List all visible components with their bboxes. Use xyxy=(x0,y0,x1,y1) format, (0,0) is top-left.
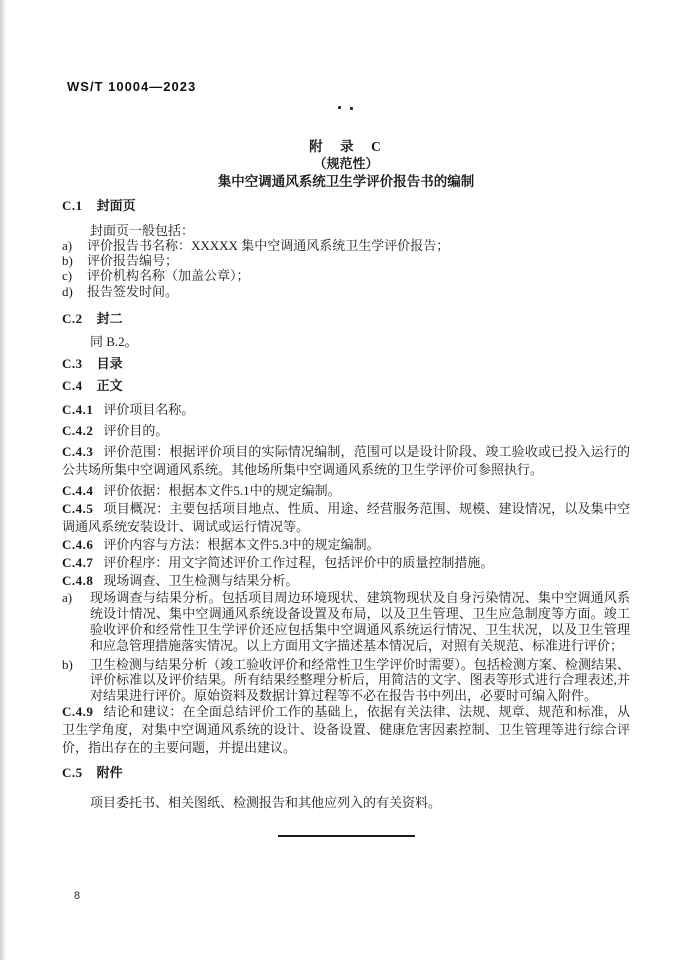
list-item: d) 报告签发时间。 xyxy=(62,284,630,299)
clause-c4-9: C.4.9结论和建议：在全面总结评价工作的基础上，依据有关法律、法规、规章、规范… xyxy=(62,703,630,757)
page-scan-edge xyxy=(0,0,6,960)
list-item: b) 评价报告编号； xyxy=(62,253,630,268)
clause-c4-4: C.4.4评价依据：根据本文件5.1中的规定编制。 xyxy=(62,482,630,500)
list-marker: c) xyxy=(62,268,87,283)
section-number: C.5 xyxy=(62,765,83,780)
list-item: a) 现场调查与结果分析。包括项目周边环境现状、建筑物现状及自身污染情况、集中空… xyxy=(62,590,630,654)
list-text: 卫生检测与结果分析（竣工验收评价和经常性卫生学评价时需要）。包括检测方案、检测结… xyxy=(90,657,630,703)
clause-text: 现场调查、卫生检测与结果分析。 xyxy=(103,573,298,588)
clause-c4-6: C.4.6评价内容与方法：根据本文件5.3中的规定编制。 xyxy=(62,536,630,554)
clause-c4-8: C.4.8现场调查、卫生检测与结果分析。 xyxy=(62,572,630,590)
list-marker: a) xyxy=(62,590,90,654)
clause-text: 评价目的。 xyxy=(103,423,168,438)
section-title: 封二 xyxy=(97,311,123,326)
c2-body: 同 B.2。 xyxy=(90,334,630,349)
list-item: c) 评价机构名称（加盖公章）； xyxy=(62,268,630,283)
clause-number: C.4.6 xyxy=(62,537,93,552)
clause-number: C.4.2 xyxy=(62,423,93,438)
c4-8-item-list: a) 现场调查与结果分析。包括项目周边环境现状、建筑物现状及自身污染情况、集中空… xyxy=(62,590,630,703)
list-text: 评价报告编号； xyxy=(87,253,178,268)
clause-c4-1: C.4.1评价项目名称。 xyxy=(62,401,630,419)
scan-artifact-dot xyxy=(350,107,353,110)
list-marker: b) xyxy=(62,253,87,268)
clause-text: 项目概况：主要包括项目地点、性质、用途、经营服务范围、规模、建设情况，以及集中空… xyxy=(62,501,630,534)
list-marker: d) xyxy=(62,284,87,299)
clause-text: 评价内容与方法：根据本文件5.3中的规定编制。 xyxy=(103,537,379,552)
page-number: 8 xyxy=(74,890,80,902)
section-number: C.2 xyxy=(62,311,83,326)
list-text: 评价机构名称（加盖公章）； xyxy=(87,268,250,283)
document-page: WS/T 10004—2023 附 录 C （规范性） 集中空调通风系统卫生学评… xyxy=(0,0,692,960)
section-title: 封面页 xyxy=(97,198,136,213)
clause-text: 评价程序：用文字简述评价工作过程，包括评价中的质量控制措施。 xyxy=(103,555,493,570)
clause-text: 结论和建议：在全面总结评价工作的基础上，依据有关法律、法规、规章、规范和标准，从… xyxy=(62,704,630,755)
appendix-title: 附 录 C xyxy=(62,138,630,155)
clause-number: C.4.1 xyxy=(62,402,93,417)
section-heading-c1: C.1封面页 xyxy=(62,198,630,214)
section-number: C.1 xyxy=(62,198,83,213)
clause-number: C.4.5 xyxy=(62,501,93,516)
clause-text: 评价范围：根据评价项目的实际情况编制，范围可以是设计阶段、竣工验收或已投入运行的… xyxy=(62,444,630,477)
clause-number: C.4.7 xyxy=(62,555,93,570)
section-title: 目录 xyxy=(97,356,123,371)
document-body: C.1封面页 封面页一般包括： a) 评价报告书名称：XXXXX 集中空调通风系… xyxy=(62,198,630,837)
appendix-title-block: 附 录 C （规范性） 集中空调通风系统卫生学评价报告书的编制 xyxy=(62,138,630,190)
c5-body: 项目委托书、相关图纸、检测报告和其他应列入的有关资料。 xyxy=(90,795,630,810)
section-heading-c3: C.3目录 xyxy=(62,356,630,372)
clause-text: 评价依据：根据本文件5.1中的规定编制。 xyxy=(103,483,340,498)
clause-text: 评价项目名称。 xyxy=(103,402,194,417)
section-title: 附件 xyxy=(97,765,123,780)
end-of-document-rule xyxy=(278,835,415,837)
clause-c4-5: C.4.5项目概况：主要包括项目地点、性质、用途、经营服务范围、规模、建设情况，… xyxy=(62,500,630,536)
list-text: 报告签发时间。 xyxy=(87,284,178,299)
clause-number: C.4.3 xyxy=(62,444,93,459)
section-number: C.4 xyxy=(62,378,83,393)
section-number: C.3 xyxy=(62,356,83,371)
clause-c4-2: C.4.2评价目的。 xyxy=(62,422,630,440)
clause-number: C.4.4 xyxy=(62,483,93,498)
section-heading-c5: C.5附件 xyxy=(62,765,630,781)
section-heading-c4: C.4正文 xyxy=(62,378,630,394)
standard-number-header: WS/T 10004—2023 xyxy=(67,79,196,94)
clause-c4-3: C.4.3评价范围：根据评价项目的实际情况编制，范围可以是设计阶段、竣工验收或已… xyxy=(62,443,630,479)
list-item: a) 评价报告书名称：XXXXX 集中空调通风系统卫生学评价报告； xyxy=(62,238,630,253)
list-text: 现场调查与结果分析。包括项目周边环境现状、建筑物现状及自身污染情况、集中空调通风… xyxy=(90,590,630,654)
clause-number: C.4.8 xyxy=(62,573,93,588)
appendix-normative-label: （规范性） xyxy=(62,155,630,172)
section-title: 正文 xyxy=(97,378,123,393)
section-heading-c2: C.2封二 xyxy=(62,311,630,327)
list-text: 评价报告书名称：XXXXX 集中空调通风系统卫生学评价报告； xyxy=(87,238,449,253)
appendix-subtitle: 集中空调通风系统卫生学评价报告书的编制 xyxy=(62,173,630,190)
clause-number: C.4.9 xyxy=(62,704,93,719)
c1-item-list: a) 评价报告书名称：XXXXX 集中空调通风系统卫生学评价报告； b) 评价报… xyxy=(62,238,630,299)
list-marker: a) xyxy=(62,238,87,253)
scan-artifact-dot xyxy=(338,106,341,109)
list-marker: b) xyxy=(62,657,90,703)
c1-intro: 封面页一般包括： xyxy=(90,223,630,238)
list-item: b) 卫生检测与结果分析（竣工验收评价和经常性卫生学评价时需要）。包括检测方案、… xyxy=(62,657,630,703)
clause-c4-7: C.4.7评价程序：用文字简述评价工作过程，包括评价中的质量控制措施。 xyxy=(62,554,630,572)
